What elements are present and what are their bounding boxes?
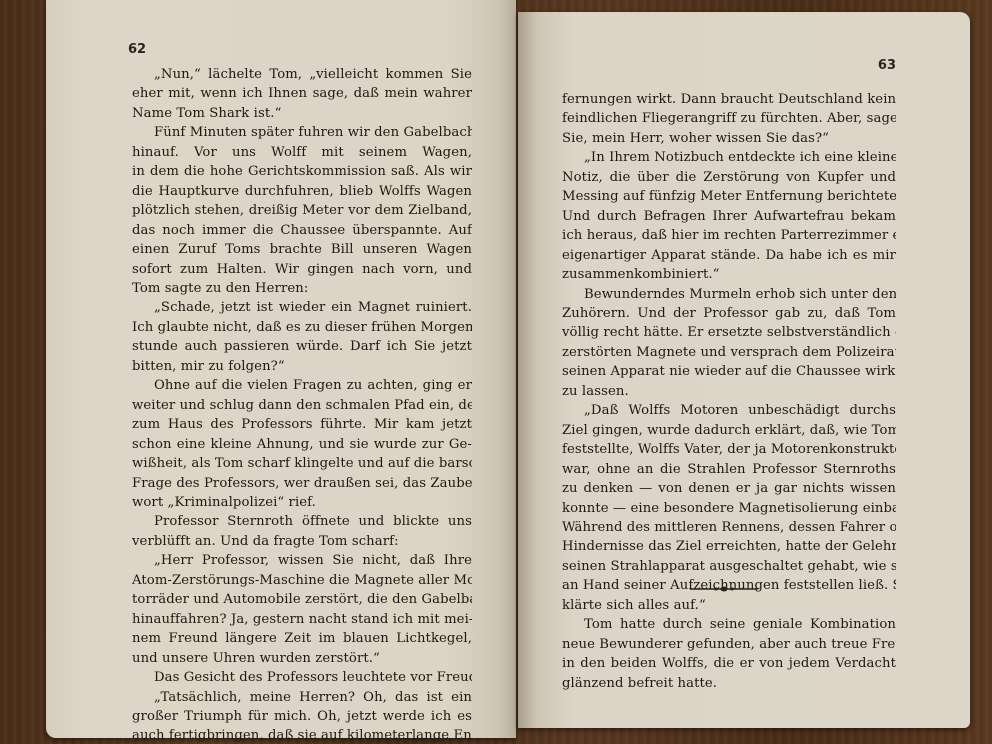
- text-line: schon eine kleine Ahnung, und sie wurde …: [132, 435, 472, 454]
- text-line: Zuhörern. Und der Professor gab zu, daß …: [562, 304, 896, 323]
- text-line: eigenartiger Apparat stände. Da habe ich…: [562, 246, 896, 265]
- text-line: wißheit, als Tom scharf klingelte und au…: [132, 454, 472, 473]
- text-line: Das Gesicht des Professors leuchtete vor…: [132, 668, 472, 687]
- left-page-body-text: „Nun,“ lächelte Tom, „vielleicht kommen …: [132, 65, 472, 744]
- text-line: in den beiden Wolffs, die er von jedem V…: [562, 654, 896, 673]
- text-line: „Nun,“ lächelte Tom, „vielleicht kommen …: [132, 65, 472, 84]
- text-line: „Daß Wolffs Motoren unbeschädigt durchs: [562, 401, 896, 420]
- text-line: bitten, mir zu folgen?“: [132, 357, 472, 376]
- text-line: hinauf. Vor uns Wolff mit seinem Wagen,: [132, 143, 472, 162]
- text-line: „Tatsächlich, meine Herren? Oh, das ist …: [132, 688, 472, 707]
- text-line: sofort zum Halten. Wir gingen nach vorn,…: [132, 260, 472, 279]
- text-line: zum Haus des Professors führte. Mir kam …: [132, 415, 472, 434]
- text-line: zusammenkombiniert.“: [562, 265, 896, 284]
- text-line: zu denken — von denen er ja gar nichts w…: [562, 479, 896, 498]
- text-line: Bewunderndes Murmeln erhob sich unter de…: [562, 285, 896, 304]
- page-number-left: 62: [128, 42, 146, 57]
- text-line: fernungen wirkt. Dann braucht Deutschlan…: [562, 90, 896, 109]
- text-line: Ich glaubte nicht, daß es zu dieser früh…: [132, 318, 472, 337]
- text-line: Name Tom Shark ist.“: [132, 104, 472, 123]
- text-line: eher mit, wenn ich Ihnen sage, daß mein …: [132, 84, 472, 103]
- left-page: 62 „Nun,“ lächelte Tom, „vielleicht komm…: [46, 0, 516, 738]
- text-line: zu lassen.: [562, 382, 896, 401]
- text-line: stunde auch passieren würde. Darf ich Si…: [132, 337, 472, 356]
- text-line: Notiz, die über die Zerstörung von Kupfe…: [562, 168, 896, 187]
- text-line: großer Triumph für mich. Oh, jetzt werde…: [132, 707, 472, 726]
- text-line: Hindernisse das Ziel erreichten, hatte d…: [562, 537, 896, 556]
- text-line: Während des mittleren Rennens, dessen Fa…: [562, 518, 896, 537]
- text-line: nem Freund längere Zeit im blauen Lichtk…: [132, 629, 472, 648]
- text-line: verblüfft an. Und da fragte Tom scharf:: [132, 532, 472, 551]
- text-line: „Herr Professor, wissen Sie nicht, daß I…: [132, 551, 472, 570]
- text-line: zerstörten Magnete und versprach dem Pol…: [562, 343, 896, 362]
- text-line: Ziel gingen, wurde dadurch erklärt, daß,…: [562, 421, 896, 440]
- text-line: feststellte, Wolffs Vater, der ja Motore…: [562, 440, 896, 459]
- text-line: Tom sagte zu den Herren:: [132, 279, 472, 298]
- text-line: Ohne auf die vielen Fragen zu achten, gi…: [132, 376, 472, 395]
- right-page: 63 fernungen wirkt. Dann braucht Deutsch…: [518, 12, 970, 728]
- text-line: auch fertigbringen, daß sie auf kilomete…: [132, 726, 472, 744]
- text-line: die Hauptkurve durchfuhren, blieb Wolffs…: [132, 182, 472, 201]
- page-number-right: 63: [878, 58, 896, 73]
- text-line: glänzend befreit hatte.: [562, 674, 896, 693]
- text-line: seinen Strahlapparat ausgeschaltet gehab…: [562, 557, 896, 576]
- text-line: klärte sich alles auf.“: [562, 596, 896, 615]
- text-line: völlig recht hätte. Er ersetzte selbstve…: [562, 323, 896, 342]
- text-line: weiter und schlug dann den schmalen Pfad…: [132, 396, 472, 415]
- text-line: war, ohne an die Strahlen Professor Ster…: [562, 460, 896, 479]
- text-line: Und durch Befragen Ihrer Aufwartefrau be…: [562, 207, 896, 226]
- text-line: ich heraus, daß hier im rechten Parterre…: [562, 226, 896, 245]
- text-line: Messing auf fünfzig Meter Entfernung ber…: [562, 187, 896, 206]
- text-line: Professor Sternroth öffnete und blickte …: [132, 512, 472, 531]
- text-line: seinen Apparat nie wieder auf die Chauss…: [562, 362, 896, 381]
- text-line: Tom hatte durch seine geniale Kombinatio…: [562, 615, 896, 634]
- text-line: hinauffahren? Ja, gestern nacht stand ic…: [132, 610, 472, 629]
- text-line: einen Zuruf Toms brachte Bill unseren Wa…: [132, 240, 472, 259]
- text-line: Atom-Zerstörungs-Maschine die Magnete al…: [132, 571, 472, 590]
- chapter-end-ornament-icon: [690, 585, 758, 593]
- text-line: plötzlich stehen, dreißig Meter vor dem …: [132, 201, 472, 220]
- text-line: Sie, mein Herr, woher wissen Sie das?“: [562, 129, 896, 148]
- text-line: „Schade, jetzt ist wieder ein Magnet rui…: [132, 298, 472, 317]
- text-line: in dem die hohe Gerichtskommission saß. …: [132, 162, 472, 181]
- text-line: wort „Kriminalpolizei“ rief.: [132, 493, 472, 512]
- text-line: das noch immer die Chaussee überspannte.…: [132, 221, 472, 240]
- text-line: torräder und Automobile zerstört, die de…: [132, 590, 472, 609]
- text-line: Fünf Minuten später fuhren wir den Gabel…: [132, 123, 472, 142]
- text-line: „In Ihrem Notizbuch entdeckte ich eine k…: [562, 148, 896, 167]
- text-line: konnte — eine besondere Magnetisolierung…: [562, 499, 896, 518]
- text-line: feindlichen Fliegerangriff zu fürchten. …: [562, 109, 896, 128]
- right-page-body-text: fernungen wirkt. Dann braucht Deutschlan…: [562, 90, 896, 693]
- text-line: neue Bewunderer gefunden, aber auch treu…: [562, 635, 896, 654]
- text-line: und unsere Uhren wurden zerstört.“: [132, 649, 472, 668]
- text-line: Frage des Professors, wer draußen sei, d…: [132, 474, 472, 493]
